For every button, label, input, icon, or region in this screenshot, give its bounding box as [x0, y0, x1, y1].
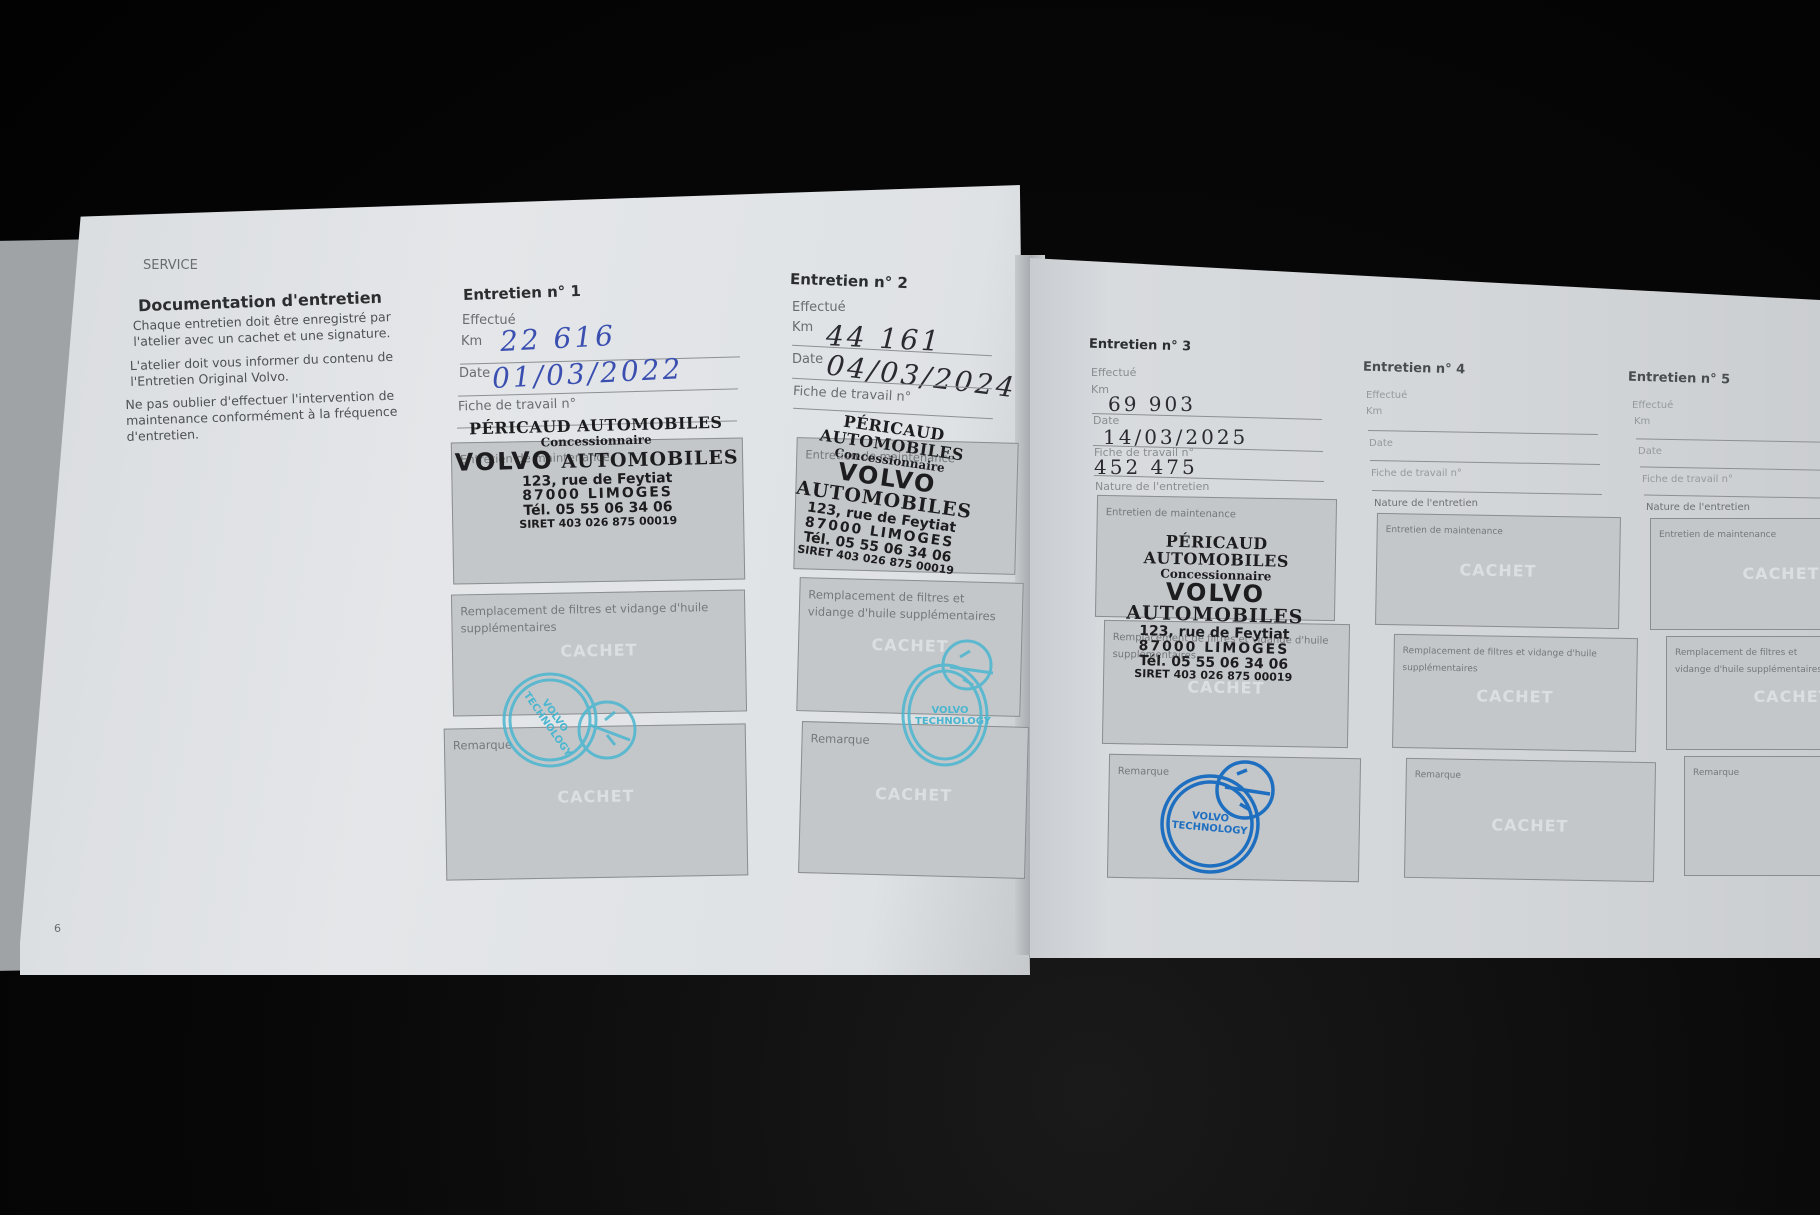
entry-title: Entretien n° 3 — [1089, 337, 1192, 355]
section-label: SERVICE — [143, 258, 198, 273]
volvo-technology-stamp: VOLVO TECHNOLOGY — [495, 660, 655, 770]
maintenance-label: Entretien de maintenance — [1659, 527, 1820, 544]
replacement-label: Remplacement de filtres et vidange d'hui… — [1675, 645, 1820, 679]
date-label: Date — [459, 366, 490, 381]
entry-title: Entretien n° 4 — [1363, 360, 1466, 378]
km-label: Km — [1091, 383, 1109, 396]
effectue-label: Effectué — [1091, 366, 1136, 379]
volvo-technology-stamp: VOLVO TECHNOLOGY — [895, 635, 1005, 775]
km-value: 69 903 — [1108, 392, 1196, 416]
tech-stamp-line2: TECHNOLOGY — [915, 716, 991, 727]
km-label: Km — [792, 320, 813, 335]
tech-stamp-line1: VOLVO — [931, 705, 968, 716]
remarque-box: Remarque — [1684, 756, 1820, 876]
date-label: Date — [1638, 446, 1662, 457]
fiche-label: Fiche de travail n° — [458, 396, 577, 414]
intro-paragraph-3: Ne pas oublier d'effectuer l'interventio… — [125, 387, 416, 445]
dealer-stamp: PÉRICAUD AUTOMOBILES Concessionnaire VOL… — [451, 414, 744, 532]
fiche-label: Fiche de travail n° — [1371, 468, 1462, 479]
cachet-placeholder: CACHET — [446, 784, 746, 808]
effectue-label: Effectué — [792, 300, 846, 315]
maintenance-label: Entretien de maintenance — [1386, 522, 1604, 543]
stamp-brand-suffix: AUTOMOBILES — [561, 447, 739, 474]
maintenance-label: Entretien de maintenance — [1106, 504, 1320, 525]
usb-circle-icon — [495, 660, 655, 770]
replacement-label: Remplacement de filtres et vidange d'hui… — [808, 586, 1009, 625]
page-number: 6 — [54, 922, 61, 935]
cachet-placeholder: CACHET — [453, 638, 745, 662]
fiche-label: Fiche de travail n° — [1642, 474, 1733, 485]
cachet-placeholder: CACHET — [801, 782, 1026, 807]
replacement-box: Remplacement de filtres et vidange d'hui… — [1392, 634, 1638, 752]
effectue-label: Effectué — [1366, 390, 1407, 401]
nature-label: Nature de l'entretien — [1374, 498, 1478, 509]
km-label: Km — [1634, 416, 1650, 427]
stamp-brand-line: VOLVO AUTOMOBILES — [1090, 578, 1341, 630]
replacement-label: Remplacement de filtres et vidange d'hui… — [1402, 643, 1620, 681]
replacement-box: Remplacement de filtres et vidange d'hui… — [1666, 636, 1820, 750]
remarque-label: Remarque — [1415, 767, 1638, 788]
entry-title: Entretien n° 5 — [1628, 370, 1731, 388]
effectue-label: Effectué — [1632, 400, 1673, 411]
date-label: Date — [1369, 438, 1393, 449]
maintenance-box: Entretien de maintenance CACHET — [1650, 518, 1820, 630]
cachet-placeholder: CACHET — [1377, 559, 1619, 582]
km-label: Km — [1366, 406, 1382, 417]
volvo-technology-stamp: VOLVO TECHNOLOGY — [1155, 752, 1285, 882]
cachet-placeholder: CACHET — [1707, 687, 1820, 706]
replacement-label: Remplacement de filtres et vidange d'hui… — [460, 599, 723, 638]
km-value: 22 616 — [499, 319, 617, 358]
remarque-box: Remarque CACHET — [1404, 758, 1656, 882]
date-label: Date — [792, 352, 823, 367]
maintenance-box: Entretien de maintenance CACHET — [1375, 513, 1621, 629]
remarque-label: Remarque — [1693, 765, 1820, 782]
cachet-placeholder: CACHET — [1691, 564, 1820, 583]
nature-label: Nature de l'entretien — [1646, 502, 1750, 513]
nature-label: Nature de l'entretien — [1095, 480, 1209, 493]
dealer-stamp: PÉRICAUD AUTOMOBILES Concessionnaire VOL… — [761, 405, 1009, 583]
cachet-placeholder: CACHET — [1394, 685, 1636, 708]
km-label: Km — [461, 334, 482, 349]
cachet-placeholder: CACHET — [1406, 814, 1654, 837]
dealer-stamp: PÉRICAUD AUTOMOBILES Concessionnaire VOL… — [1088, 532, 1342, 685]
